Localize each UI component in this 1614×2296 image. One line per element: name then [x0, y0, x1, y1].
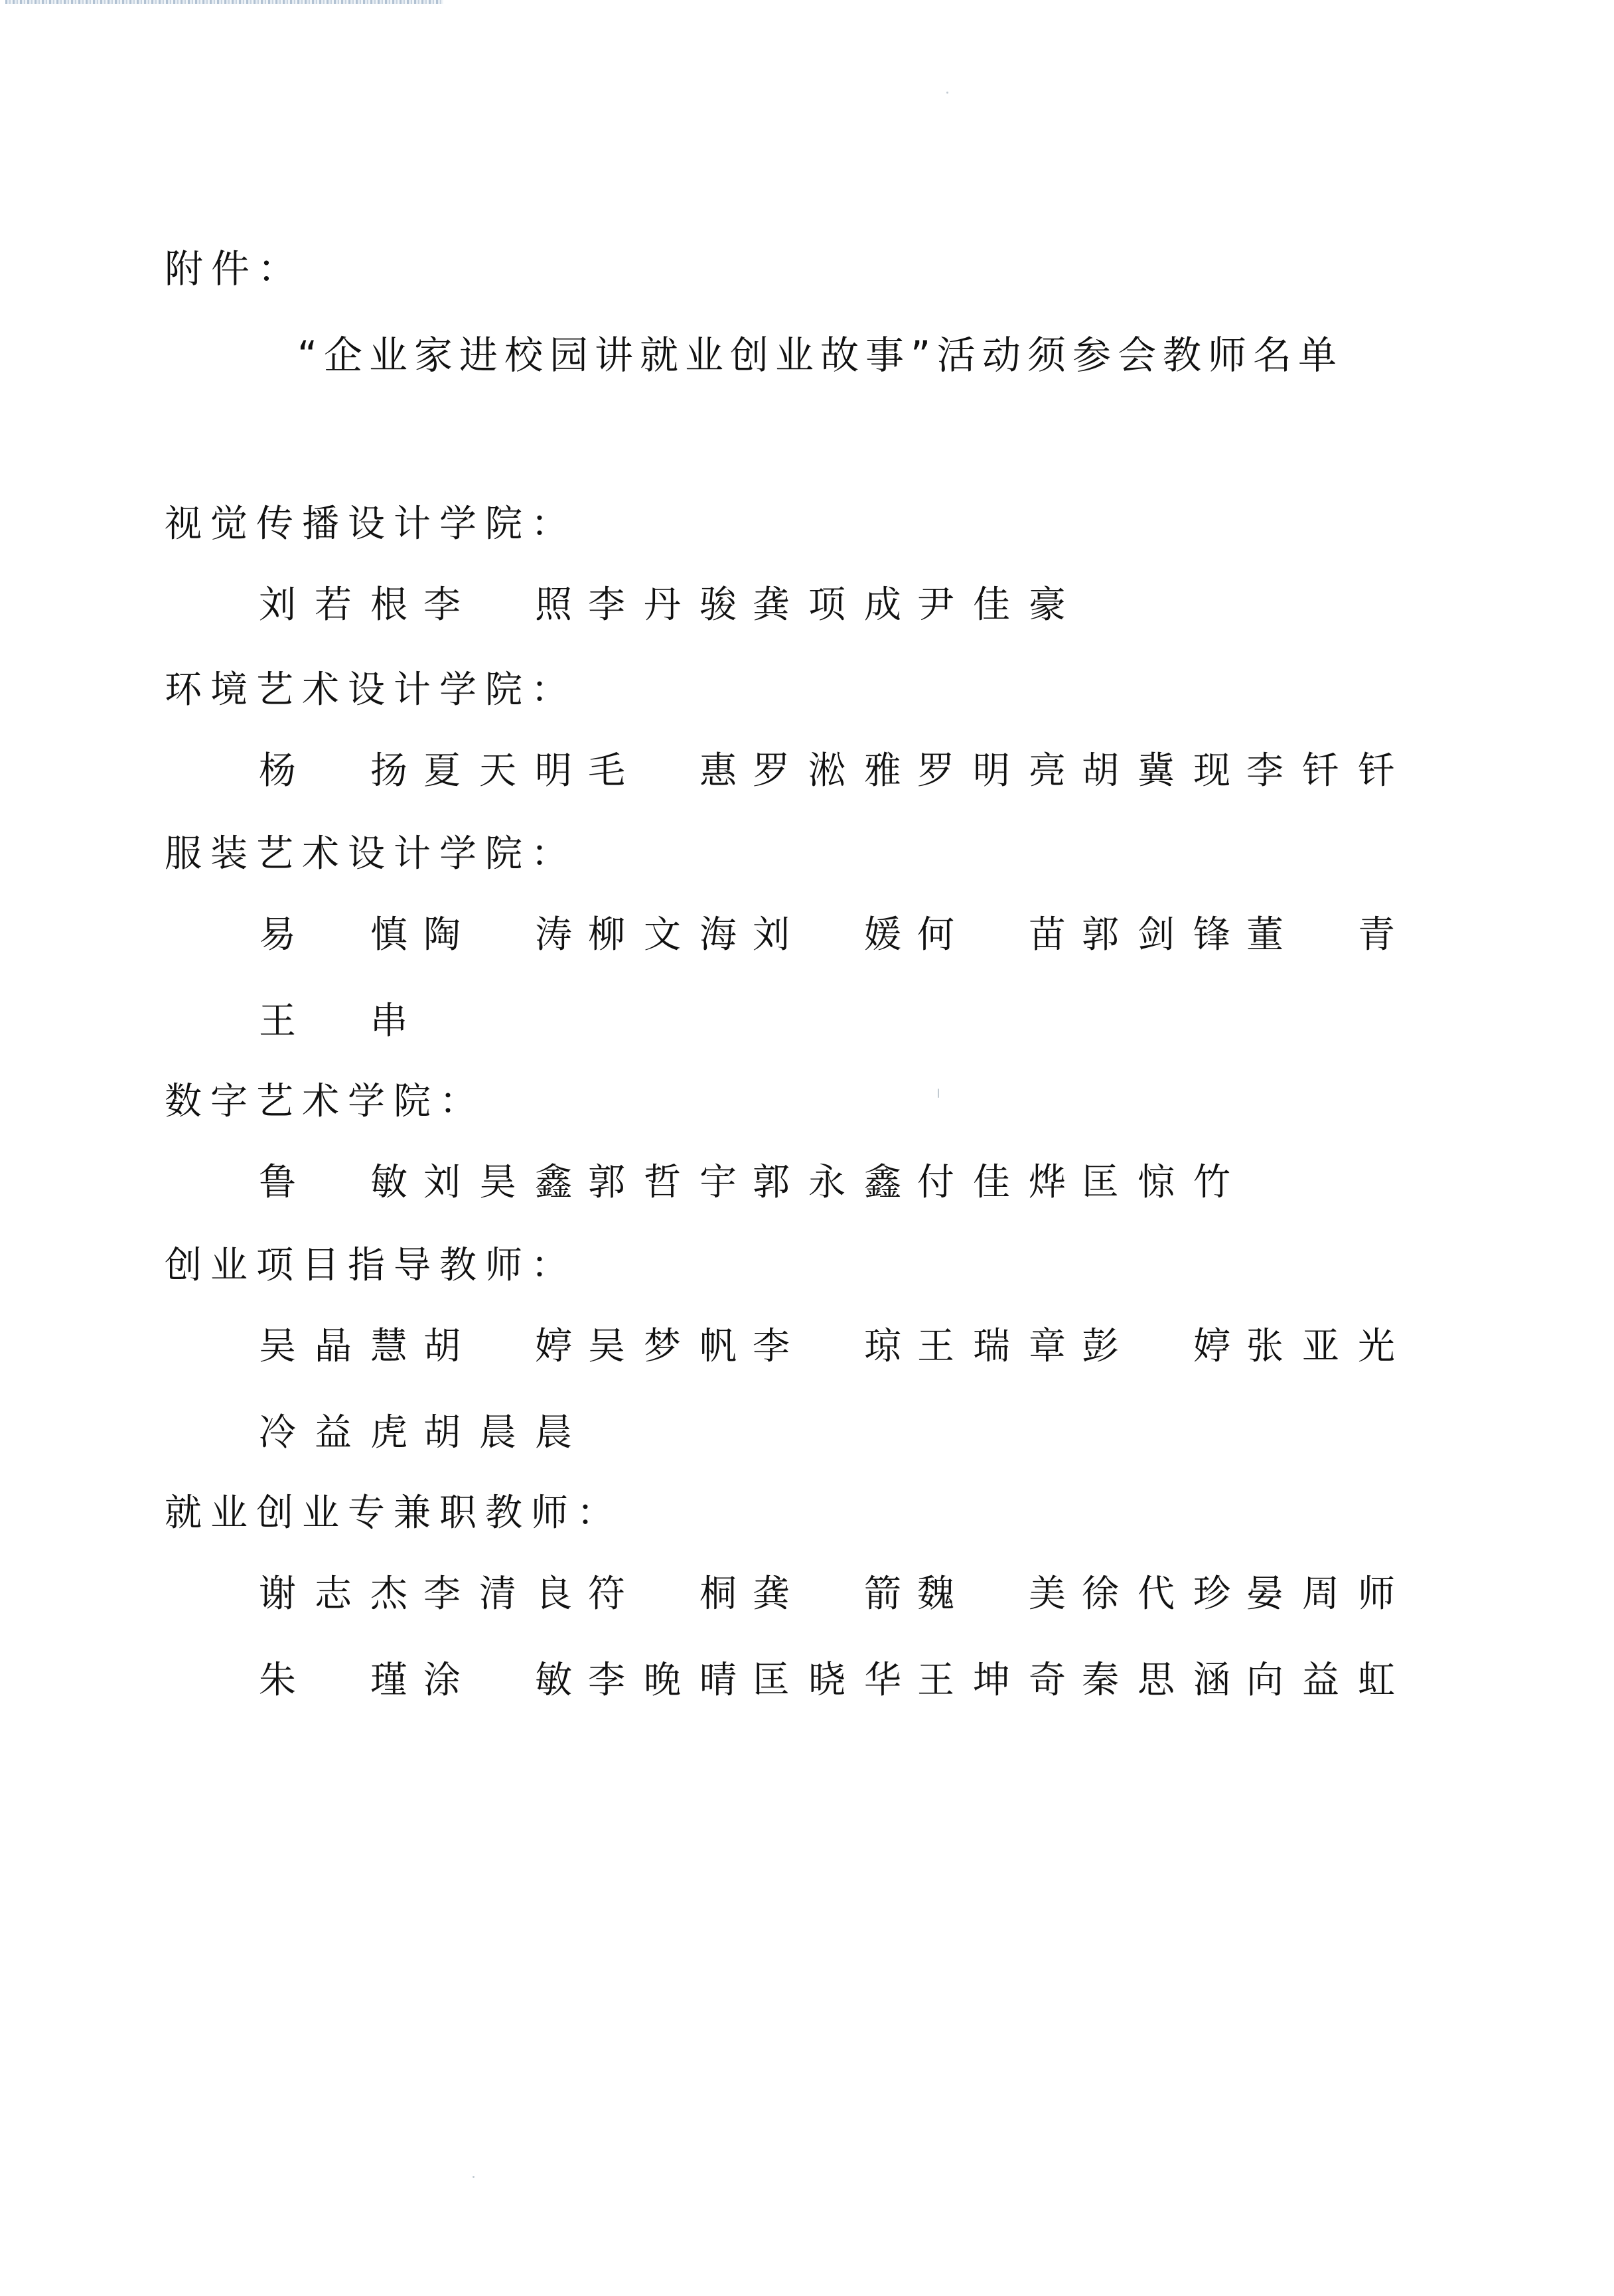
teacher-name: 夏天明 [423, 748, 588, 795]
teacher-name: 胡冀现 [1082, 748, 1246, 795]
teacher-name: 郭剑锋 [1082, 912, 1246, 958]
teacher-name: 王坤奇 [917, 1657, 1082, 1704]
teacher-name: 秦思涵 [1082, 1657, 1246, 1704]
scan-artifact-strip [5, 0, 443, 4]
teacher-name: 付佳烨 [917, 1160, 1082, 1206]
section-heading: 数字艺术学院： [165, 1079, 1492, 1125]
section-heading: 视觉传播设计学院： [165, 501, 1492, 548]
section-employment-teachers: 就业创业专兼职教师： 谢志杰李清良符桐龚箭魏美徐代珍晏周师朱瑾涂敏李晚晴匡晓华王… [165, 1490, 1492, 1704]
name-list: 鲁敏刘昊鑫郭哲宇郭永鑫付佳烨匡惊竹 [259, 1160, 1453, 1206]
name-list: 刘若根李照李丹骏龚项成尹佳豪 [259, 582, 1453, 629]
section-heading: 就业创业专兼职教师： [165, 1490, 1492, 1537]
scan-speck [473, 2176, 475, 2178]
teacher-name: 李钎钎 [1246, 748, 1411, 795]
section-digital-art: 数字艺术学院： 鲁敏刘昊鑫郭哲宇郭永鑫付佳烨匡惊竹 [165, 1079, 1492, 1206]
section-environmental-art: 环境艺术设计学院： 杨扬夏天明毛惠罗淞雅罗明亮胡冀现李钎钎 [165, 667, 1492, 795]
teacher-name: 朱瑾 [259, 1657, 423, 1704]
teacher-name: 谢志杰 [259, 1571, 423, 1618]
scan-speck [946, 92, 948, 94]
teacher-name: 胡婷 [423, 1324, 588, 1370]
teacher-name: 罗淞雅 [753, 748, 917, 795]
teacher-name: 郭永鑫 [753, 1160, 917, 1206]
name-list: 杨扬夏天明毛惠罗淞雅罗明亮胡冀现李钎钎 [259, 748, 1453, 795]
teacher-name: 杨扬 [259, 748, 423, 795]
teacher-name: 晏周师 [1246, 1571, 1411, 1618]
section-visual-communication: 视觉传播设计学院： 刘若根李照李丹骏龚项成尹佳豪 [165, 501, 1492, 629]
teacher-name: 吴晶慧 [259, 1324, 423, 1370]
teacher-name: 魏美 [917, 1571, 1082, 1618]
teacher-name: 李照 [423, 582, 588, 629]
teacher-name: 尹佳豪 [917, 582, 1082, 629]
name-list: 谢志杰李清良符桐龚箭魏美徐代珍晏周师朱瑾涂敏李晚晴匡晓华王坤奇秦思涵向益虹 [259, 1571, 1453, 1704]
annex-label: 附件： [165, 246, 304, 292]
teacher-name: 罗明亮 [917, 748, 1082, 795]
teacher-name: 涂敏 [423, 1657, 588, 1704]
teacher-name: 何苗 [917, 912, 1082, 958]
teacher-name: 刘若根 [259, 582, 423, 629]
teacher-name: 鲁敏 [259, 1160, 423, 1206]
teacher-name: 王串 [259, 998, 423, 1045]
teacher-name: 王瑞章 [917, 1324, 1082, 1370]
teacher-name: 易慎 [259, 912, 423, 958]
teacher-name: 李琼 [753, 1324, 917, 1370]
teacher-name: 吴梦帆 [588, 1324, 753, 1370]
teacher-name: 李晚晴 [588, 1657, 753, 1704]
section-heading: 创业项目指导教师： [165, 1243, 1492, 1289]
teacher-name: 柳文海 [588, 912, 753, 958]
teacher-name: 张亚光 [1246, 1324, 1411, 1370]
teacher-name: 符桐 [588, 1571, 753, 1618]
teacher-name: 陶涛 [423, 912, 588, 958]
teacher-name: 徐代珍 [1082, 1571, 1246, 1618]
teacher-name: 刘昊鑫 [423, 1160, 588, 1206]
section-heading: 服装艺术设计学院： [165, 831, 1492, 878]
name-list: 易慎陶涛柳文海刘媛何苗郭剑锋董青王串 [259, 912, 1453, 1045]
teacher-name: 李清良 [423, 1571, 588, 1618]
teacher-name: 龚箭 [753, 1571, 917, 1618]
teacher-name: 龚项成 [753, 582, 917, 629]
teacher-name: 胡晨晨 [423, 1410, 588, 1456]
teacher-name: 匡晓华 [753, 1657, 917, 1704]
teacher-name: 冷益虎 [259, 1410, 423, 1456]
teacher-name: 向益虹 [1246, 1657, 1411, 1704]
teacher-name: 李丹骏 [588, 582, 753, 629]
teacher-name: 刘媛 [753, 912, 917, 958]
section-startup-mentors: 创业项目指导教师： 吴晶慧胡婷吴梦帆李琼王瑞章彭婷张亚光冷益虎胡晨晨 [165, 1243, 1492, 1456]
name-list: 吴晶慧胡婷吴梦帆李琼王瑞章彭婷张亚光冷益虎胡晨晨 [259, 1324, 1453, 1456]
document-title: “企业家进校园讲就业创业故事”活动须参会教师名单 [0, 332, 1614, 378]
teacher-name: 匡惊竹 [1082, 1160, 1246, 1206]
teacher-name: 彭婷 [1082, 1324, 1246, 1370]
teacher-name: 董青 [1246, 912, 1411, 958]
section-heading: 环境艺术设计学院： [165, 667, 1492, 714]
section-fashion-design: 服装艺术设计学院： 易慎陶涛柳文海刘媛何苗郭剑锋董青王串 [165, 831, 1492, 1045]
teacher-name: 毛惠 [588, 748, 753, 795]
teacher-name: 郭哲宇 [588, 1160, 753, 1206]
